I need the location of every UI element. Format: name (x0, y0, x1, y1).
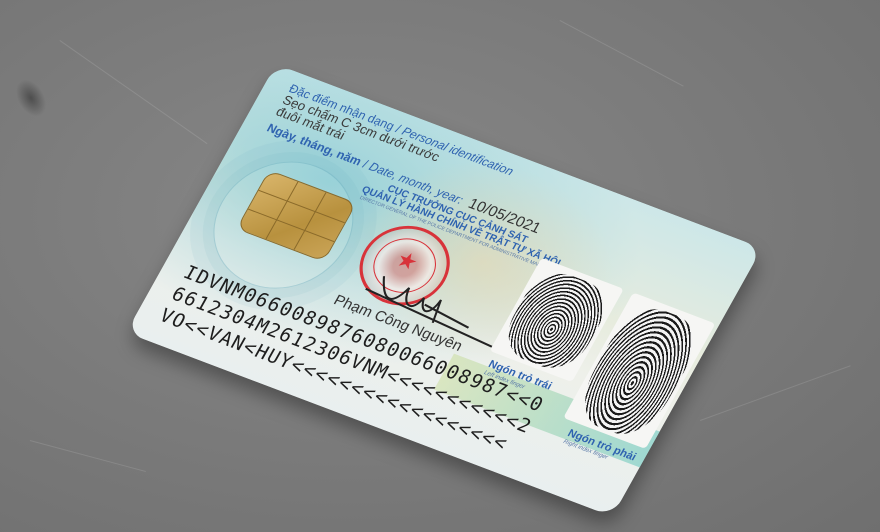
surface-smudge (10, 74, 53, 122)
id-card: Đặc điểm nhận dạng / Personal identifica… (126, 64, 762, 517)
surface-scratch (30, 440, 146, 472)
surface-scratch (560, 20, 684, 87)
surface-scratch (59, 40, 207, 144)
surface-scratch (700, 365, 851, 421)
